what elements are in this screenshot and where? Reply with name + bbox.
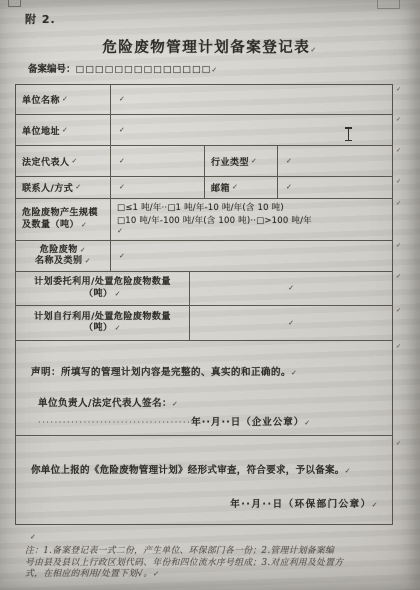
cell-mark: ✓	[62, 127, 68, 134]
row-end-mark: ✓	[396, 440, 401, 447]
paragraph-mark: ✓	[310, 46, 317, 54]
cell-mark: ✓	[119, 127, 125, 134]
row-end-mark: ✓	[396, 242, 401, 249]
self-label-line2: （吨）	[84, 323, 113, 333]
paragraph-mark: ✓	[304, 419, 310, 427]
row-end-mark: ✓	[396, 200, 401, 207]
paragraph-mark: ✓	[345, 467, 351, 475]
waste-scale-label-line1: 危险废物产生规模	[22, 208, 98, 218]
row-approval: 你单位上报的《危险废物管理计划》经形式审查，符合要求，予以备案。✓ 年··月··…	[16, 436, 392, 524]
row-end-mark: ✓	[396, 86, 401, 93]
paragraph-mark: ✓	[172, 400, 178, 408]
waste-scale-label: 危险废物产生规模及数量（吨）✓	[22, 208, 98, 231]
cell-mark: ✓	[72, 158, 78, 165]
approval-statement: 你单位上报的《危险废物管理计划》经形式审查，符合要求，予以备案。✓	[31, 462, 351, 476]
waste-name-label-line2: 名称及类别	[35, 256, 83, 266]
paragraph-mark: ✓	[152, 570, 158, 578]
paragraph-mark: ✓	[211, 66, 217, 74]
row-declaration: 声明：所填写的管理计划内容是完整的、真实的和正确的。✓ 单位负责人/法定代表人签…	[16, 341, 392, 436]
footnote: 注：1.备案登记表一式二份，产生单位、环保部门各一份；2.管理计划备案编 号由县…	[25, 546, 397, 581]
legal-rep-value-cell: ✓	[111, 146, 205, 176]
unit-name-value-cell: ✓	[111, 85, 392, 114]
cell-mark: ✓	[115, 290, 121, 298]
waste-scale-options-cell: □≤1 吨/年··□1 吨/年-10 吨/年(含 10 吨) □10 吨/年-1…	[111, 199, 392, 240]
legal-rep-label: 法定代表人	[22, 155, 70, 168]
row-end-mark: ✓	[396, 116, 401, 123]
entrusted-value-cell: ✓	[190, 272, 392, 305]
filing-number-boxes: □□□□□□□□□□□□□□	[76, 65, 212, 75]
contact-label: 联系人/方式	[22, 181, 73, 194]
approval-cell: 你单位上报的《危险废物管理计划》经形式审查，符合要求，予以备案。✓ 年··月··…	[16, 436, 392, 524]
cell-mark: ✓	[80, 246, 86, 254]
contact-value-cell: ✓	[111, 177, 205, 198]
contact-label-cell: 联系人/方式✓	[16, 177, 111, 198]
row-entrusted-quantity: 计划委托利用/处置危险废物数量（吨）✓ ✓	[16, 272, 392, 306]
cell-mark: ✓	[85, 257, 91, 265]
enterprise-date-text: 年··月··日（企业公章）	[191, 417, 304, 428]
row-end-mark: ✓	[396, 343, 401, 350]
registration-table: 单位名称✓ ✓ 单位地址✓ ✓ 法定代表人✓ ✓ 行业类型✓ ✓ 联系人/方式✓…	[15, 84, 393, 525]
unit-address-label-cell: 单位地址✓	[16, 115, 111, 145]
cell-mark: ✓	[286, 184, 292, 191]
waste-name-value-cell: ✓	[111, 241, 392, 271]
waste-name-label-cell: 危险废物✓名称及类别✓	[16, 241, 111, 271]
cell-mark: ✓	[119, 158, 125, 165]
row-end-mark: ✓	[396, 147, 401, 154]
paragraph-mark: ✓	[30, 533, 36, 541]
cell-mark: ✓	[288, 320, 294, 327]
scan-artifact-top-left	[8, 0, 21, 7]
row-contact: 联系人/方式✓ ✓ 邮箱✓ ✓	[16, 177, 392, 199]
self-label-cell: 计划自行利用/处置危险废物数量（吨）✓	[16, 306, 190, 340]
unit-name-label: 单位名称	[22, 93, 60, 106]
form-title: 危险废物管理计划备案登记表✓	[0, 36, 420, 57]
row-waste-name: 危险废物✓名称及类别✓ ✓	[16, 241, 392, 272]
cell-mark: ✓	[81, 221, 87, 229]
cell-mark: ✓	[119, 253, 125, 260]
declaration-cell: 声明：所填写的管理计划内容是完整的、真实的和正确的。✓ 单位负责人/法定代表人签…	[16, 341, 392, 435]
paragraph-mark: ✓	[372, 501, 379, 509]
scale-option-line2: □10 吨/年-100 吨/年(含 100 吨)··□>100 吨/年	[117, 216, 312, 226]
enterprise-date-line: ·····································年··…	[38, 414, 310, 428]
row-self-quantity: 计划自行利用/处置危险废物数量（吨）✓ ✓	[16, 306, 392, 341]
industry-label: 行业类型	[211, 155, 249, 168]
attachment-label: 附 2.	[25, 11, 56, 27]
footnote-line3-text: 式，在相应的利用/处置下划√。	[25, 569, 152, 579]
approval-statement-text: 你单位上报的《危险废物管理计划》经形式审查，符合要求，予以备案。	[31, 465, 345, 476]
entrusted-label: 计划委托利用/处置危险废物数量（吨）✓	[34, 277, 171, 300]
epa-date-text: 年··月··日（环保部门公章）	[230, 499, 371, 510]
row-legal-rep: 法定代表人✓ ✓ 行业类型✓ ✓	[16, 146, 392, 177]
waste-name-label-line1: 危险废物	[40, 245, 78, 255]
waste-name-label: 危险废物✓名称及类别✓	[35, 245, 91, 268]
signature-label: 单位负责人/法定代表人签名：✓	[38, 395, 178, 409]
row-unit-address: 单位地址✓ ✓	[16, 115, 392, 146]
cell-mark: ✓	[119, 184, 125, 191]
unit-name-label-cell: 单位名称✓	[16, 85, 111, 114]
footnote-line2: 号由县及县以上行政区划代码、年份和四位流水序号组成；3.对应利用及处置方	[25, 558, 397, 570]
signature-label-text: 单位负责人/法定代表人签名：	[38, 398, 172, 409]
row-waste-scale: 危险废物产生规模及数量（吨）✓ □≤1 吨/年··□1 吨/年-10 吨/年(含…	[16, 199, 392, 241]
industry-value-cell: ✓	[278, 146, 392, 176]
cell-mark: ✓	[288, 285, 294, 292]
entrusted-label-cell: 计划委托利用/处置危险废物数量（吨）✓	[16, 272, 190, 305]
declaration-statement-text: 声明：所填写的管理计划内容是完整的、真实的和正确的。	[31, 367, 291, 378]
form-title-text: 危险废物管理计划备案登记表	[102, 40, 310, 56]
industry-label-cell: 行业类型✓	[205, 146, 278, 176]
self-label-line1: 计划自行利用/处置危险废物数量	[34, 312, 171, 322]
cell-mark: ✓	[62, 96, 68, 103]
cell-mark: ✓	[117, 228, 392, 235]
dotted-line: ·····································	[38, 418, 191, 427]
epa-date-line: 年··月··日（环保部门公章）✓	[230, 496, 379, 510]
footnote-line3: 式，在相应的利用/处置下划√。✓	[25, 569, 397, 581]
cell-mark: ✓	[119, 96, 125, 103]
row-end-mark: ✓	[396, 307, 401, 314]
entrusted-label-line1: 计划委托利用/处置危险废物数量	[34, 277, 171, 287]
cell-mark: ✓	[232, 184, 238, 191]
scan-artifact-top-right	[377, 0, 400, 9]
email-value-cell: ✓	[278, 177, 392, 198]
row-unit-name: 单位名称✓ ✓	[16, 85, 392, 115]
waste-scale-label-line2: 及数量（吨）	[22, 220, 79, 230]
email-label-cell: 邮箱✓	[205, 177, 278, 198]
cell-mark: ✓	[251, 158, 257, 165]
unit-address-label: 单位地址	[22, 124, 60, 137]
email-label: 邮箱	[211, 181, 230, 194]
scanned-form-page: 附 2. 危险废物管理计划备案登记表✓ 备案编号：□□□□□□□□□□□□□□✓…	[0, 0, 420, 590]
self-value-cell: ✓	[190, 306, 392, 340]
declaration-statement: 声明：所填写的管理计划内容是完整的、真实的和正确的。✓	[31, 364, 297, 378]
filing-number-row: 备案编号：□□□□□□□□□□□□□□✓	[28, 61, 217, 75]
paragraph-mark: ✓	[291, 369, 297, 377]
row-end-mark: ✓	[396, 273, 401, 280]
cell-mark: ✓	[115, 324, 121, 332]
row-end-mark: ✓	[396, 178, 401, 185]
text-cursor	[344, 127, 353, 141]
cell-mark: ✓	[286, 158, 292, 165]
footnote-line1: 注：1.备案登记表一式二份，产生单位、环保部门各一份；2.管理计划备案编	[25, 546, 397, 558]
filing-number-label: 备案编号：	[28, 64, 76, 75]
cell-mark: ✓	[75, 184, 81, 191]
self-label: 计划自行利用/处置危险废物数量（吨）✓	[34, 312, 171, 335]
scale-option-line1: □≤1 吨/年··□1 吨/年-10 吨/年(含 10 吨)	[117, 203, 284, 213]
legal-rep-label-cell: 法定代表人✓	[16, 146, 111, 176]
waste-scale-label-cell: 危险废物产生规模及数量（吨）✓	[16, 199, 111, 240]
entrusted-label-line2: （吨）	[84, 289, 113, 299]
attachment-text: 附 2.	[25, 13, 56, 26]
